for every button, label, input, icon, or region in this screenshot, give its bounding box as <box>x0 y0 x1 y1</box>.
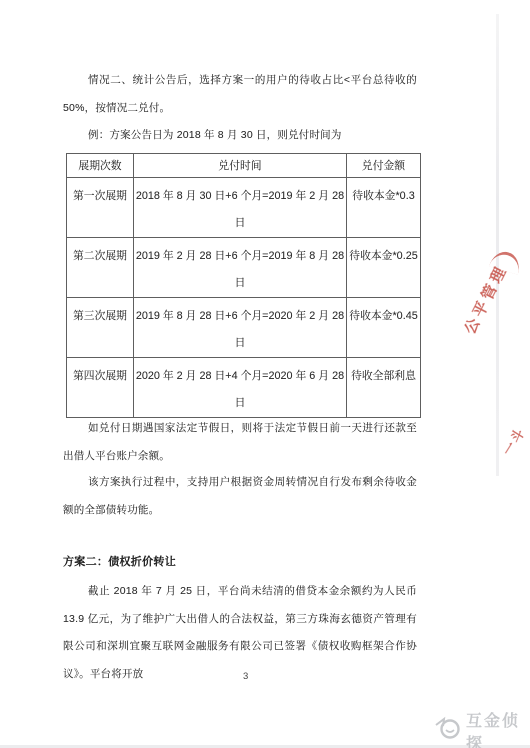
time-cell: 2020 年 2 月 28 日+4 个月=2020 年 6 月 28日 <box>134 358 347 418</box>
page-number: 3 <box>243 671 248 682</box>
amount-cell: 待收本金*0.3 <box>347 178 421 238</box>
period-cell: 第一次展期 <box>67 178 134 238</box>
header-time: 兑付时间 <box>134 154 347 178</box>
table-row: 第二次展期2019 年 2 月 28 日+6 个月=2019 年 8 月 28日… <box>67 238 421 298</box>
red-seal-fragment-top: 公平管理 <box>459 260 512 337</box>
time-cell: 2018 年 8 月 30 日+6 个月=2019 年 2 月 28日 <box>134 178 347 238</box>
scanned-document-page: 情况二、统计公告后，选择方案一的用户的待收占比<平台总待收的 50%，按情况二兑… <box>0 0 530 748</box>
period-cell: 第三次展期 <box>67 298 134 358</box>
paragraph-example: 例：方案公告日为 2018 年 8 月 30 日，则兑付时间为 <box>63 122 417 150</box>
detective-logo-icon <box>434 715 462 748</box>
amount-cell: 待收本金*0.45 <box>347 298 421 358</box>
time-cell: 2019 年 8 月 28 日+6 个月=2020 年 2 月 28日 <box>134 298 347 358</box>
table-row: 第四次展期2020 年 2 月 28 日+4 个月=2020 年 6 月 28日… <box>67 358 421 418</box>
watermark-text: 互金侦探 <box>466 708 530 748</box>
table-row: 第一次展期2018 年 8 月 30 日+6 个月=2019 年 2 月 28日… <box>67 178 421 238</box>
period-cell: 第二次展期 <box>67 238 134 298</box>
paragraph-transfer: 该方案执行过程中，支持用户根据资金周转情况自行发布剩余待收金额的全部债转功能。 <box>63 469 417 524</box>
amount-cell: 待收全部利息 <box>347 358 421 418</box>
header-amount: 兑付金额 <box>347 154 421 178</box>
period-cell: 第四次展期 <box>67 358 134 418</box>
time-cell: 2019 年 2 月 28 日+6 个月=2019 年 8 月 28日 <box>134 238 347 298</box>
red-seal-fragment-bottom: 一斗 <box>497 423 529 459</box>
watermark: 互金侦探 <box>434 708 530 748</box>
scan-fold-line <box>496 14 499 476</box>
paragraph-case2: 情况二、统计公告后，选择方案一的用户的待收占比<平台总待收的 50%，按情况二兑… <box>63 67 417 122</box>
paragraph-plan2-body: 截止 2018 年 7 月 25 日，平台尚未结清的借贷本金余额约为人民币 13… <box>63 578 417 688</box>
amount-cell: 待收本金*0.25 <box>347 238 421 298</box>
table-row: 第三次展期2019 年 8 月 28 日+6 个月=2020 年 2 月 28日… <box>67 298 421 358</box>
plan2-heading: 方案二：债权折价转让 <box>63 553 176 569</box>
redemption-schedule-table: 展期次数 兑付时间 兑付金额 第一次展期2018 年 8 月 30 日+6 个月… <box>66 153 421 418</box>
table-header-row: 展期次数 兑付时间 兑付金额 <box>67 154 421 178</box>
header-period: 展期次数 <box>67 154 134 178</box>
paragraph-holiday: 如兑付日期遇国家法定节假日，则将于法定节假日前一天进行还款至出借人平台账户余额。 <box>63 415 417 470</box>
